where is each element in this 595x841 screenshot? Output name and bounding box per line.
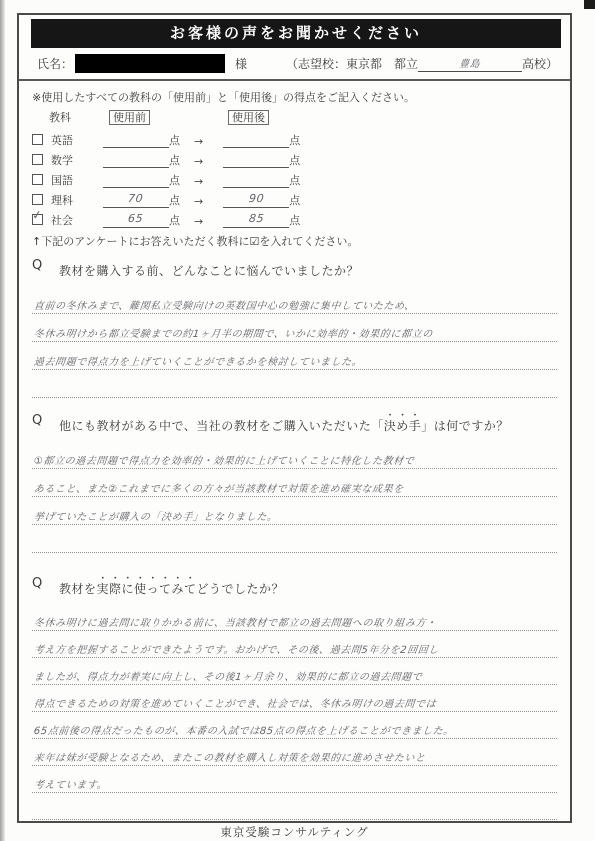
- score-section: ※使用したすべての教科の「使用前」と「使用後」の得点をご記入ください。 教科 使…: [19, 81, 570, 249]
- before-score-value: 65: [128, 212, 145, 226]
- unit-label: 点: [169, 152, 180, 168]
- subject-label: 国語: [51, 172, 93, 188]
- school-name-handwritten: 豊島: [459, 58, 482, 72]
- handwritten-answer: 挙げていたことが購入の「決め手」となりました。: [33, 508, 278, 523]
- before-score-field[interactable]: [103, 132, 169, 148]
- question-block-3: Q 教材を実際に使ってみてどうでしたか？ 冬休み明けに過去問に取りかかる前に、当…: [19, 575, 570, 820]
- question-text-post: 」は何ですか？: [421, 419, 509, 433]
- after-score-value: 85: [248, 212, 265, 226]
- form-title-bar: お客様の声をお聞かせください: [31, 19, 561, 48]
- form-border-box: お客様の声をお聞かせください 氏名： 様 （志望校：東京都 都立 豊島 高校） …: [17, 13, 572, 823]
- subject-column-header: 教科: [49, 109, 71, 125]
- answer-line[interactable]: 考えています。: [32, 766, 557, 793]
- page-title: お客様の声をお聞かせください: [170, 24, 422, 42]
- question-1: Q 教材を購入する前、どんなことに悩んでいましたか？: [32, 257, 557, 280]
- before-score-field[interactable]: [103, 152, 169, 168]
- before-score-field[interactable]: 70: [103, 192, 169, 208]
- school-name-field[interactable]: 豊島: [418, 56, 522, 72]
- handwritten-answer: 直前の冬休みまで、難関私立受験向けの英数国中心の勉強に集中していたため、: [33, 297, 416, 312]
- answer-area-3: 冬休み明けに過去問に取りかかる前に、当該教材で都立の過去問題への取り組み方・ 考…: [32, 604, 557, 820]
- subject-label: 理科: [51, 192, 93, 208]
- subject-checkbox[interactable]: [32, 194, 43, 205]
- question-text-emphasized: 実際に使ってみて: [97, 582, 197, 596]
- answer-line[interactable]: 過去問題で得点力を上げていくことができるかを検討していました。: [32, 342, 557, 370]
- subject-checkbox[interactable]: ✓: [32, 214, 43, 225]
- scan-corner-artifact: [584, 0, 595, 9]
- target-school-group: （志望校：東京都 都立 豊島 高校）: [286, 55, 558, 72]
- question-text-pre: 教材を購入する前、どんなことに悩んでいましたか？: [59, 264, 359, 278]
- answer-line[interactable]: [32, 370, 557, 398]
- handwritten-answer: 考え方を把握することができたようです。おかげで、その後、過去問5年分を2回回し: [33, 641, 440, 656]
- answer-line[interactable]: [32, 525, 557, 553]
- check-icon: ✓: [31, 207, 43, 222]
- unit-label: 点: [289, 152, 300, 168]
- redacted-name-box: [75, 54, 225, 73]
- unit-label: 点: [169, 172, 180, 188]
- after-score-field[interactable]: [223, 132, 289, 148]
- subject-label: 社会: [51, 212, 93, 228]
- answer-area-2: ①都立の過去問題で得点力を効率的・効果的に上げていくことに特化した教材で あるこ…: [32, 441, 557, 553]
- school-suffix-label: 高校）: [522, 55, 558, 72]
- unit-label: 点: [289, 132, 300, 148]
- question-1-text: 教材を購入する前、どんなことに悩んでいましたか？: [59, 257, 359, 280]
- question-block-1: Q 教材を購入する前、どんなことに悩んでいましたか？ 直前の冬休みまで、難関私立…: [19, 257, 570, 398]
- checkbox-note: ↑下記のアンケートにお答えいただく教科に☑を入れてください。: [32, 233, 570, 249]
- subject-checkbox[interactable]: [32, 134, 43, 145]
- honorific-label: 様: [235, 55, 247, 72]
- unit-label: 点: [169, 192, 180, 208]
- score-row-english: 英語 点 → 点: [32, 128, 570, 148]
- handwritten-answer: ①都立の過去問題で得点力を効率的・効果的に上げていくことに特化した教材で: [33, 452, 415, 467]
- after-score-field[interactable]: [223, 152, 289, 168]
- score-row-math: 数学 点 → 点: [32, 148, 570, 168]
- q-prefix: Q: [32, 575, 59, 598]
- scan-left-edge-artifact: [0, 0, 5, 841]
- handwritten-answer: 得点できるための対策を進めていくことができ、社会では、冬休み明けの過去問では: [33, 695, 437, 710]
- answer-line[interactable]: 挙げていたことが購入の「決め手」となりました。: [32, 497, 557, 525]
- subject-label: 数学: [51, 152, 93, 168]
- after-score-value: 90: [248, 192, 265, 206]
- handwritten-answer: 65点前後の得点だったものが、本番の入試では85点の得点を上げることができました…: [33, 722, 455, 737]
- question-block-2: Q 他にも教材がある中で、当社の教材をご購入いただいた「決め手」は何ですか？ ①…: [19, 412, 570, 553]
- question-3: Q 教材を実際に使ってみてどうでしたか？: [32, 575, 557, 598]
- subject-label: 英語: [51, 132, 93, 148]
- answer-line[interactable]: 直前の冬休みまで、難関私立受験向けの英数国中心の勉強に集中していたため、: [32, 286, 557, 314]
- q-prefix: Q: [32, 412, 59, 435]
- q-prefix: Q: [32, 257, 59, 280]
- score-row-social: ✓ 社会 65 点 → 85 点: [32, 208, 570, 228]
- score-table-header: 教科 使用前 使用後: [32, 109, 570, 125]
- after-score-field[interactable]: 85: [223, 212, 289, 228]
- question-2: Q 他にも教材がある中で、当社の教材をご購入いただいた「決め手」は何ですか？: [32, 412, 557, 435]
- unit-label: 点: [289, 212, 300, 228]
- arrow-right-icon: →: [194, 135, 203, 148]
- question-text-pre: 他にも教材がある中で、当社の教材をご購入いただいた「: [59, 419, 384, 433]
- answer-line[interactable]: 冬休み明けから都立受験までの約1ヶ月半の期間で、いかに効率的・効果的に都立の: [32, 314, 557, 342]
- school-prefix-label: （志望校：東京都 都立: [286, 55, 418, 72]
- handwritten-answer: 冬休み明けから都立受験までの約1ヶ月半の期間で、いかに効率的・効果的に都立の: [33, 325, 434, 340]
- arrow-right-icon: →: [194, 175, 203, 188]
- unit-label: 点: [169, 132, 180, 148]
- subject-checkbox[interactable]: [32, 154, 43, 165]
- handwritten-answer: 冬休み明けに過去問に取りかかる前に、当該教材で都立の過去問題への取り組み方・: [33, 614, 437, 629]
- unit-label: 点: [289, 172, 300, 188]
- answer-line[interactable]: 来年は妹が受験となるため、またこの教材を購入し対策を効果的に進めさせたいと: [32, 739, 557, 766]
- question-text-pre: 教材を: [59, 582, 97, 596]
- unit-label: 点: [169, 212, 180, 228]
- score-row-japanese: 国語 点 → 点: [32, 168, 570, 188]
- after-use-column-header: 使用後: [228, 110, 269, 125]
- arrow-right-icon: →: [194, 195, 203, 208]
- question-text-post: どうでしたか？: [197, 582, 285, 596]
- answer-line[interactable]: ①都立の過去問題で得点力を効率的・効果的に上げていくことに特化した教材で: [32, 441, 557, 469]
- after-score-field[interactable]: [223, 172, 289, 188]
- answer-line[interactable]: 考え方を把握することができたようです。おかげで、その後、過去問5年分を2回回し: [32, 631, 557, 658]
- answer-area-1: 直前の冬休みまで、難関私立受験向けの英数国中心の勉強に集中していたため、 冬休み…: [32, 286, 557, 398]
- answer-line[interactable]: 冬休み明けに過去問に取りかかる前に、当該教材で都立の過去問題への取り組み方・: [32, 604, 557, 631]
- question-2-text: 他にも教材がある中で、当社の教材をご購入いただいた「決め手」は何ですか？: [59, 412, 509, 435]
- score-instruction: ※使用したすべての教科の「使用前」と「使用後」の得点をご記入ください。: [32, 89, 570, 105]
- before-score-field[interactable]: [103, 172, 169, 188]
- answer-line[interactable]: あること、また②これまでに多くの方々が当該教材で対策を進め確実な成果を: [32, 469, 557, 497]
- subject-checkbox[interactable]: [32, 174, 43, 185]
- arrow-right-icon: →: [194, 215, 203, 228]
- before-score-value: 70: [128, 192, 145, 206]
- handwritten-answer: 来年は妹が受験となるため、またこの教材を購入し対策を効果的に進めさせたいと: [33, 749, 426, 764]
- before-score-field[interactable]: 65: [103, 212, 169, 228]
- after-score-field[interactable]: 90: [223, 192, 289, 208]
- before-use-column-header: 使用前: [109, 110, 150, 125]
- handwritten-answer: あること、また②これまでに多くの方々が当該教材で対策を進め確実な成果を: [33, 480, 405, 495]
- arrow-right-icon: →: [194, 155, 203, 168]
- name-row: 氏名： 様 （志望校：東京都 都立 豊島 高校）: [19, 48, 570, 81]
- answer-line[interactable]: [32, 793, 557, 820]
- unit-label: 点: [289, 192, 300, 208]
- answer-line[interactable]: ましたが、得点力が着実に向上し、その後1ヶ月余り、効果的に都立の過去問題で: [32, 658, 557, 685]
- handwritten-answer: ましたが、得点力が着実に向上し、その後1ヶ月余り、効果的に都立の過去問題で: [33, 668, 423, 683]
- handwritten-answer: 考えています。: [33, 776, 108, 791]
- question-text-emphasized: 決め手: [384, 419, 422, 433]
- question-3-text: 教材を実際に使ってみてどうでしたか？: [59, 575, 284, 598]
- answer-line[interactable]: 得点できるための対策を進めていくことができ、社会では、冬休み明けの過去問では: [32, 685, 557, 712]
- score-row-science: 理科 70 点 → 90 点: [32, 188, 570, 208]
- answer-line[interactable]: 65点前後の得点だったものが、本番の入試では85点の得点を上げることができました…: [32, 712, 557, 739]
- handwritten-answer: 過去問題で得点力を上げていくことができるかを検討していました。: [33, 353, 363, 368]
- name-label: 氏名：: [37, 55, 73, 72]
- footer-company: 東京受験コンサルティング: [19, 820, 570, 840]
